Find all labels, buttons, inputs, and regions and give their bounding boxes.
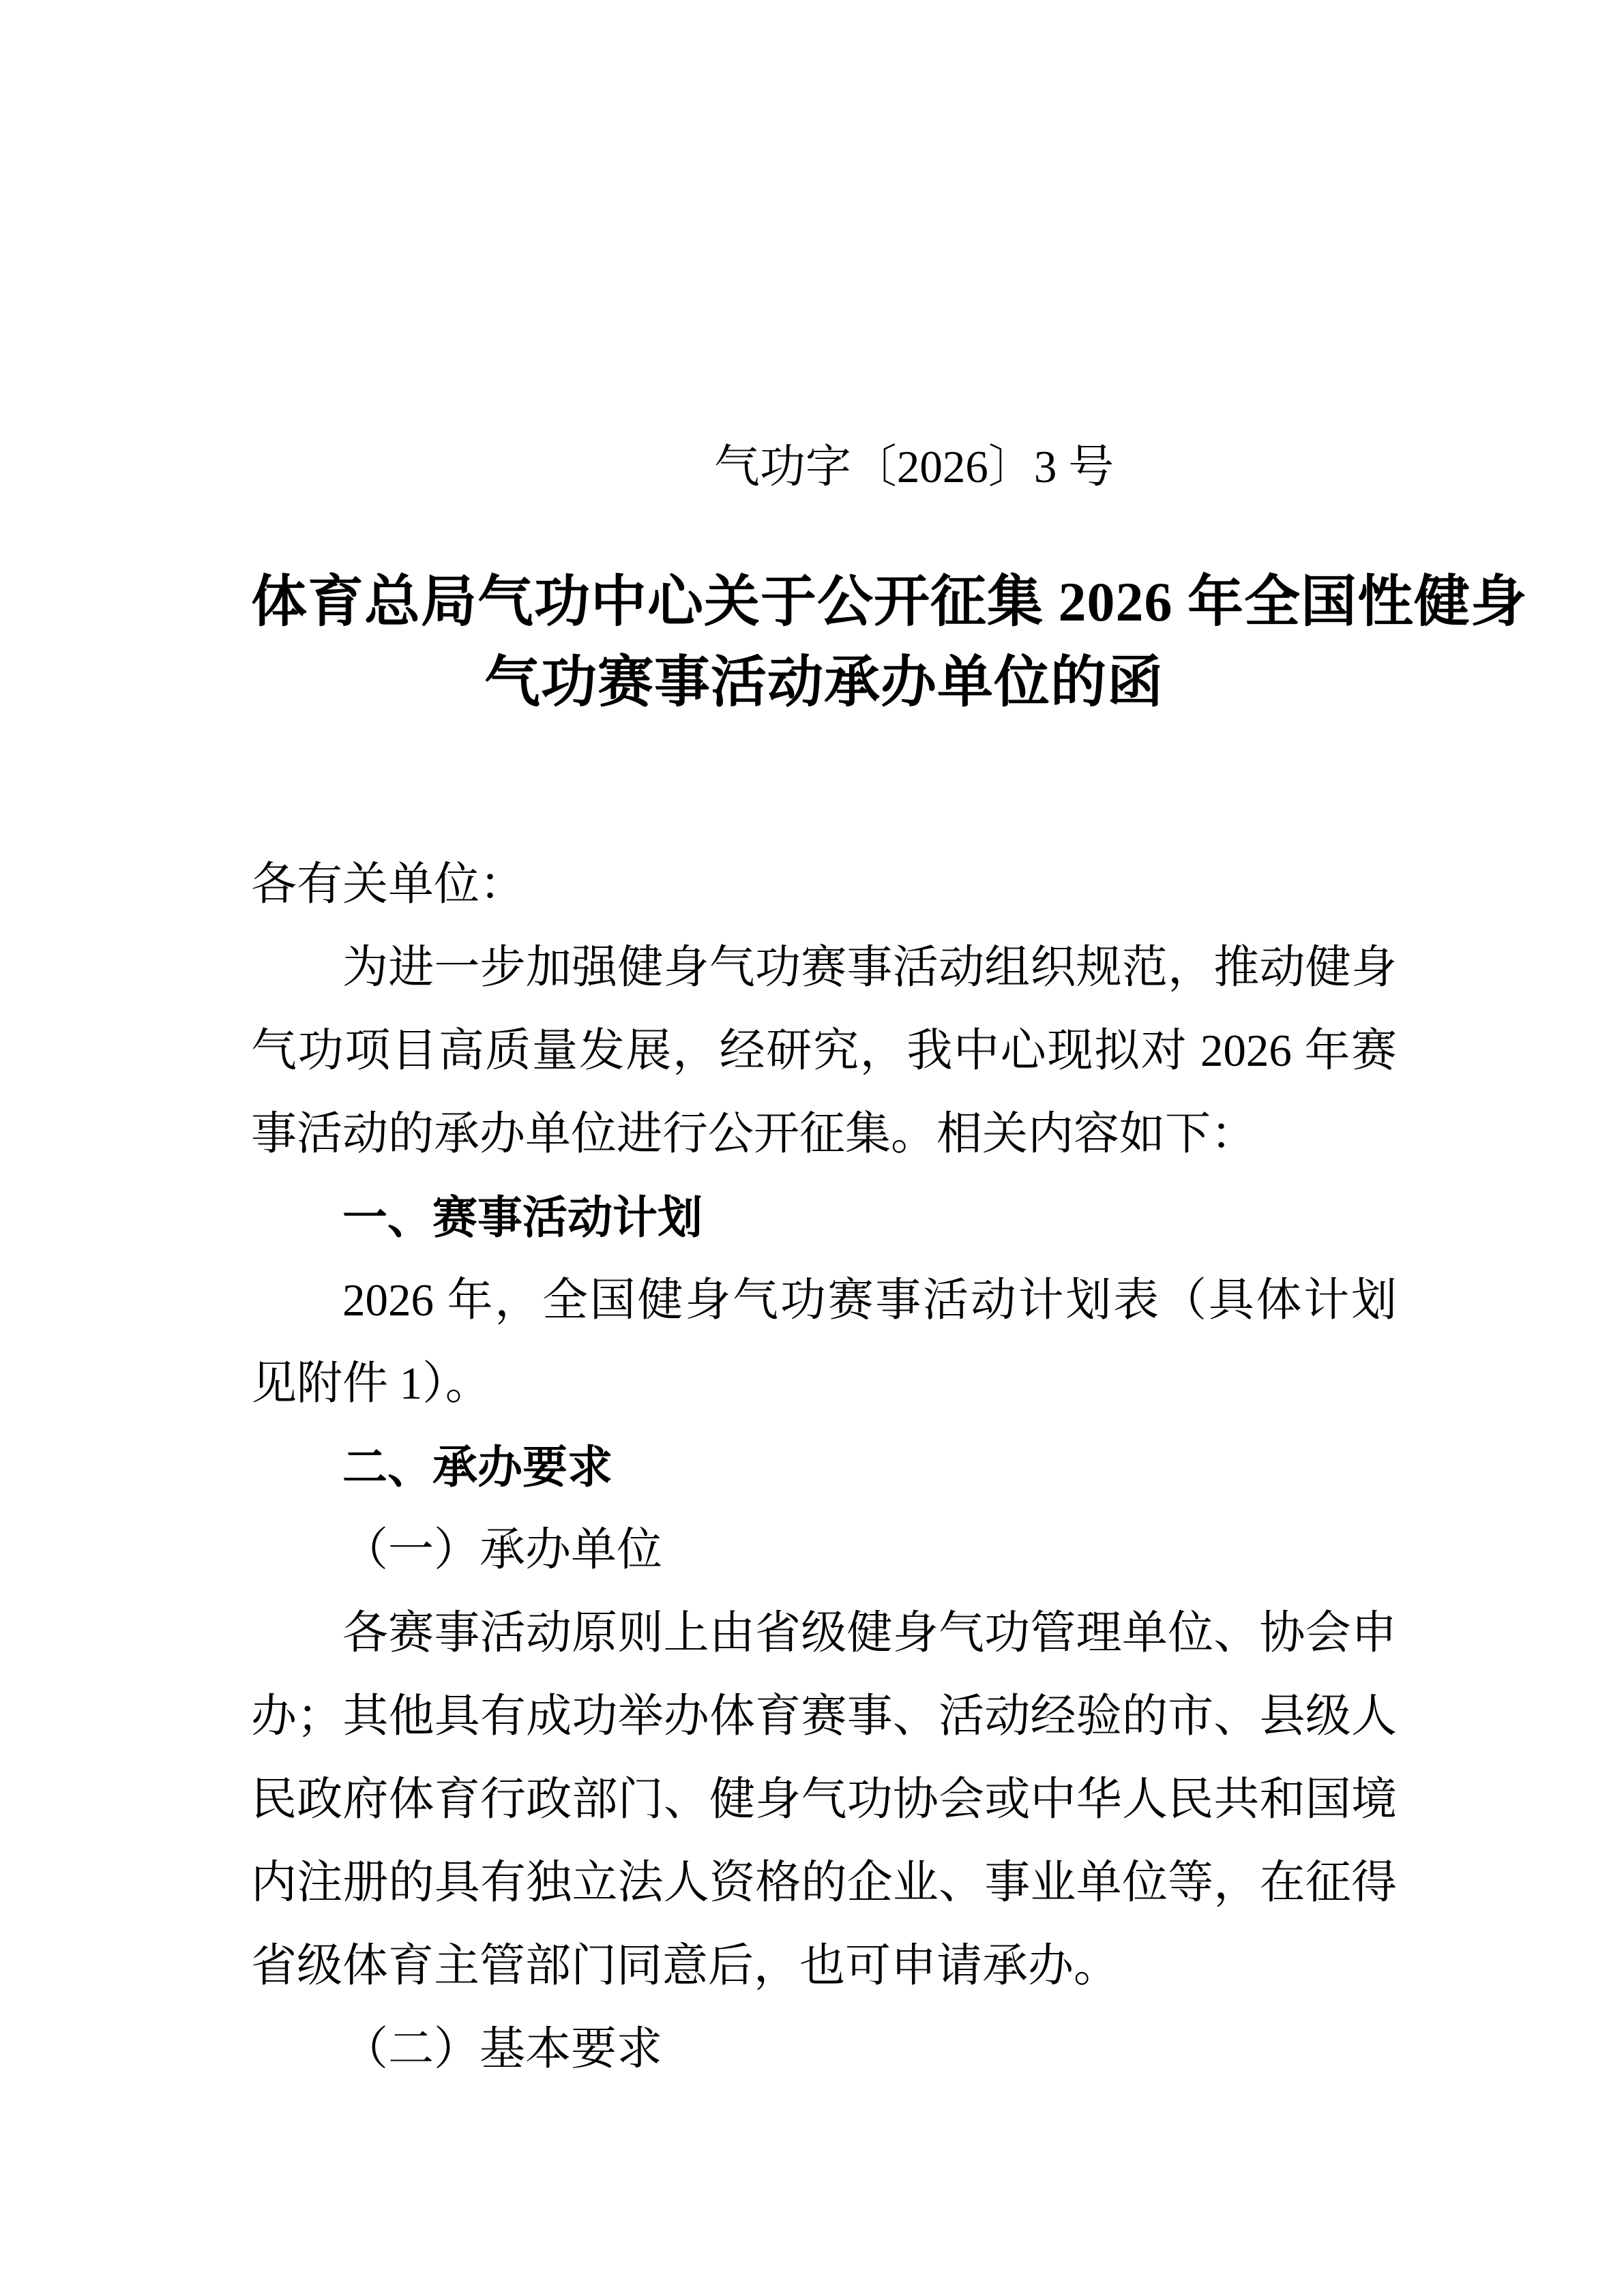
document-content: 气功字〔2026〕3 号 体育总局气功中心关于公开征集 2026 年全国性健身 … [251, 0, 1397, 2091]
section-1-paragraph: 2026 年，全国健身气功赛事活动计划表（具体计划见附件 1）。 [251, 1259, 1397, 1425]
section-2-sub-1-heading: （一）承办单位 [251, 1508, 1397, 1592]
section-2-sub-2-heading: （二）基本要求 [251, 2008, 1397, 2091]
section-1-heading: 一、赛事活动计划 [251, 1176, 1397, 1259]
document-page: 气功字〔2026〕3 号 体育总局气功中心关于公开征集 2026 年全国性健身 … [0, 0, 1624, 2296]
document-title: 体育总局气功中心关于公开征集 2026 年全国性健身 气功赛事活动承办单位的函 [251, 562, 1397, 723]
document-title-line-1: 体育总局气功中心关于公开征集 2026 年全国性健身 [251, 562, 1397, 642]
document-title-line-2: 气功赛事活动承办单位的函 [251, 642, 1397, 723]
intro-paragraph: 为进一步加强健身气功赛事活动组织规范，推动健身气功项目高质量发展，经研究，我中心… [251, 926, 1397, 1176]
section-2-sub-1-paragraph: 各赛事活动原则上由省级健身气功管理单位、协会申办；其他具有成功举办体育赛事、活动… [251, 1592, 1397, 2008]
doc-number: 气功字〔2026〕3 号 [341, 426, 1487, 509]
section-2-heading: 二、承办要求 [251, 1425, 1397, 1508]
salutation: 各有关单位： [251, 843, 1397, 926]
